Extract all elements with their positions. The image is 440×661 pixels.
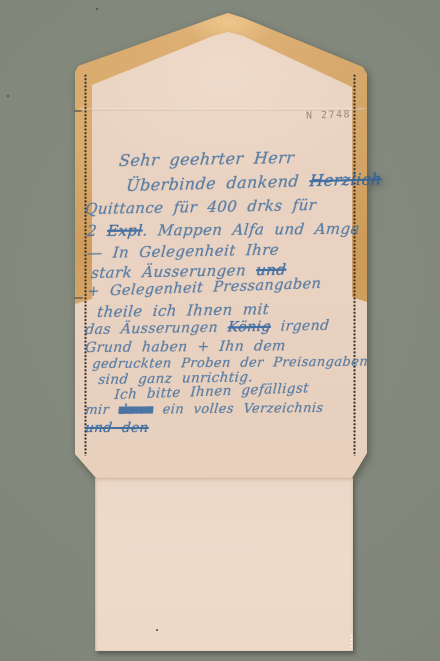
perforation-remnant bbox=[350, 634, 353, 650]
handwriting-line: theile ich Ihnen mit bbox=[96, 300, 270, 321]
struck-out-word: König bbox=[227, 319, 271, 336]
letter-card-lower-sheet bbox=[95, 478, 353, 651]
struck-out-word: und den bbox=[84, 420, 149, 436]
struck-out-word: Herzlich bbox=[309, 169, 383, 190]
dust-speck bbox=[156, 629, 158, 631]
handwriting-segment: Quittance für 400 drks für bbox=[84, 196, 317, 218]
handwriting-line: das Äusserungen König irgend bbox=[85, 318, 331, 338]
handwriting-segment: Grund haben + Ihn dem bbox=[84, 338, 286, 356]
handwriting-segment: irgend bbox=[270, 318, 330, 335]
photograph-of-letter-card: N 2748 Sehr geehrter HerrÜberbinde danke… bbox=[0, 0, 440, 661]
handwriting-segment: ein volles Verzeichnis bbox=[152, 401, 324, 417]
handwriting-line: Sehr geehrter Herr bbox=[118, 148, 295, 170]
handwriting-line: und den bbox=[84, 420, 149, 436]
struck-out-word: Expl bbox=[106, 222, 143, 240]
handwriting-line: mir dann ein volles Verzeichnis bbox=[85, 401, 325, 418]
handwriting-line: Überbinde dankend Herzlich bbox=[126, 169, 383, 195]
handwriting-segment: — In Gelegenheit Ihre bbox=[86, 241, 280, 262]
dust-speck bbox=[7, 95, 9, 97]
handwriting-segment: . Mappen Alfa und Amga bbox=[142, 220, 361, 240]
handwriting-segment: Überbinde dankend bbox=[126, 171, 311, 195]
handwriting-line: 2 Expl. Mappen Alfa und Amga bbox=[86, 220, 361, 240]
handwriting-line: Quittance für 400 drks für bbox=[84, 196, 317, 218]
handwriting-segment: Sehr geehrter Herr bbox=[118, 148, 295, 170]
handwriting-segment: 2 bbox=[86, 222, 108, 240]
handwriting-segment: das Äusserungen bbox=[85, 320, 229, 339]
handwriting-segment: theile ich Ihnen mit bbox=[96, 300, 270, 321]
dust-speck bbox=[96, 8, 98, 10]
handwriting-line: Grund haben + Ihn dem bbox=[84, 338, 286, 356]
handwriting-line: — In Gelegenheit Ihre bbox=[86, 241, 280, 262]
struck-out-word: dann bbox=[118, 402, 154, 417]
handwriting-segment: mir bbox=[85, 403, 120, 418]
